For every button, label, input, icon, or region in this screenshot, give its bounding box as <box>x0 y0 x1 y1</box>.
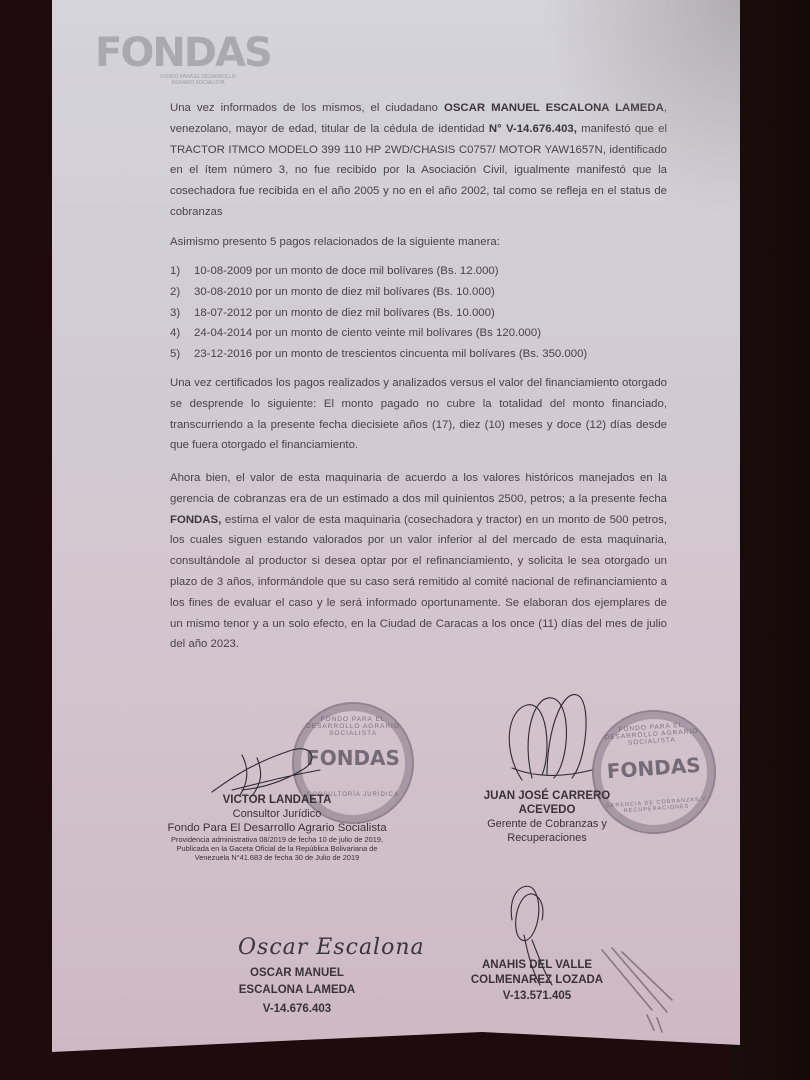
signature-juan-jose-carrero <box>492 690 602 790</box>
background-right <box>730 0 810 1080</box>
payment-item: 4)24-04-2014 por un monto de ciento vein… <box>170 323 670 344</box>
paragraph-payments-intro: Asimismo presento 5 pagos relacionados d… <box>170 232 667 253</box>
signatory-collections-manager: JUAN JOSÉ CARRERO ACEVEDO Gerente de Cob… <box>462 789 632 845</box>
citizen-name: OSCAR MANUEL ESCALONA LAMEDA <box>444 102 664 114</box>
paragraph-valuation: Ahora bien, el valor de esta maquinaria … <box>170 468 667 655</box>
signature-oscar-escalona: Oscar Escalona <box>238 935 425 960</box>
signatory-legal-consultant: VICTOR LANDAETA Consultor Jurídico Fondo… <box>152 793 402 862</box>
payments-list: 1)10-08-2009 por un monto de doce mil bo… <box>170 261 670 365</box>
payment-item: 1)10-08-2009 por un monto de doce mil bo… <box>170 261 670 282</box>
paragraph-citizen-statement: Una vez informados de los mismos, el ciu… <box>170 98 667 223</box>
document-page: FONDAS Fondo para el Desarrollo Agrario … <box>52 0 740 1052</box>
logo-wordmark: FONDAS <box>95 30 271 76</box>
fondas-bold: FONDAS, <box>170 514 221 526</box>
citizen-id: N° V-14.676.403, <box>489 123 577 135</box>
payment-item: 5)23-12-2016 por un monto de trescientos… <box>170 344 670 365</box>
payment-item: 3)18-07-2012 por un monto de diez mil bo… <box>170 303 670 324</box>
logo-subtitle: Fondo para el Desarrollo Agrario Sociali… <box>153 74 243 86</box>
fondas-logo: FONDAS Fondo para el Desarrollo Agrario … <box>95 30 275 90</box>
signatory-producer: OSCAR MANUEL ESCALONA LAMEDA V-14.676.40… <box>202 966 392 1019</box>
payment-item: 2)30-08-2010 por un monto de diez mil bo… <box>170 282 670 303</box>
paragraph-certification: Una vez certificados los pagos realizado… <box>170 373 667 456</box>
ink-marks <box>592 940 692 1040</box>
signature-victor-landaeta <box>202 730 322 800</box>
